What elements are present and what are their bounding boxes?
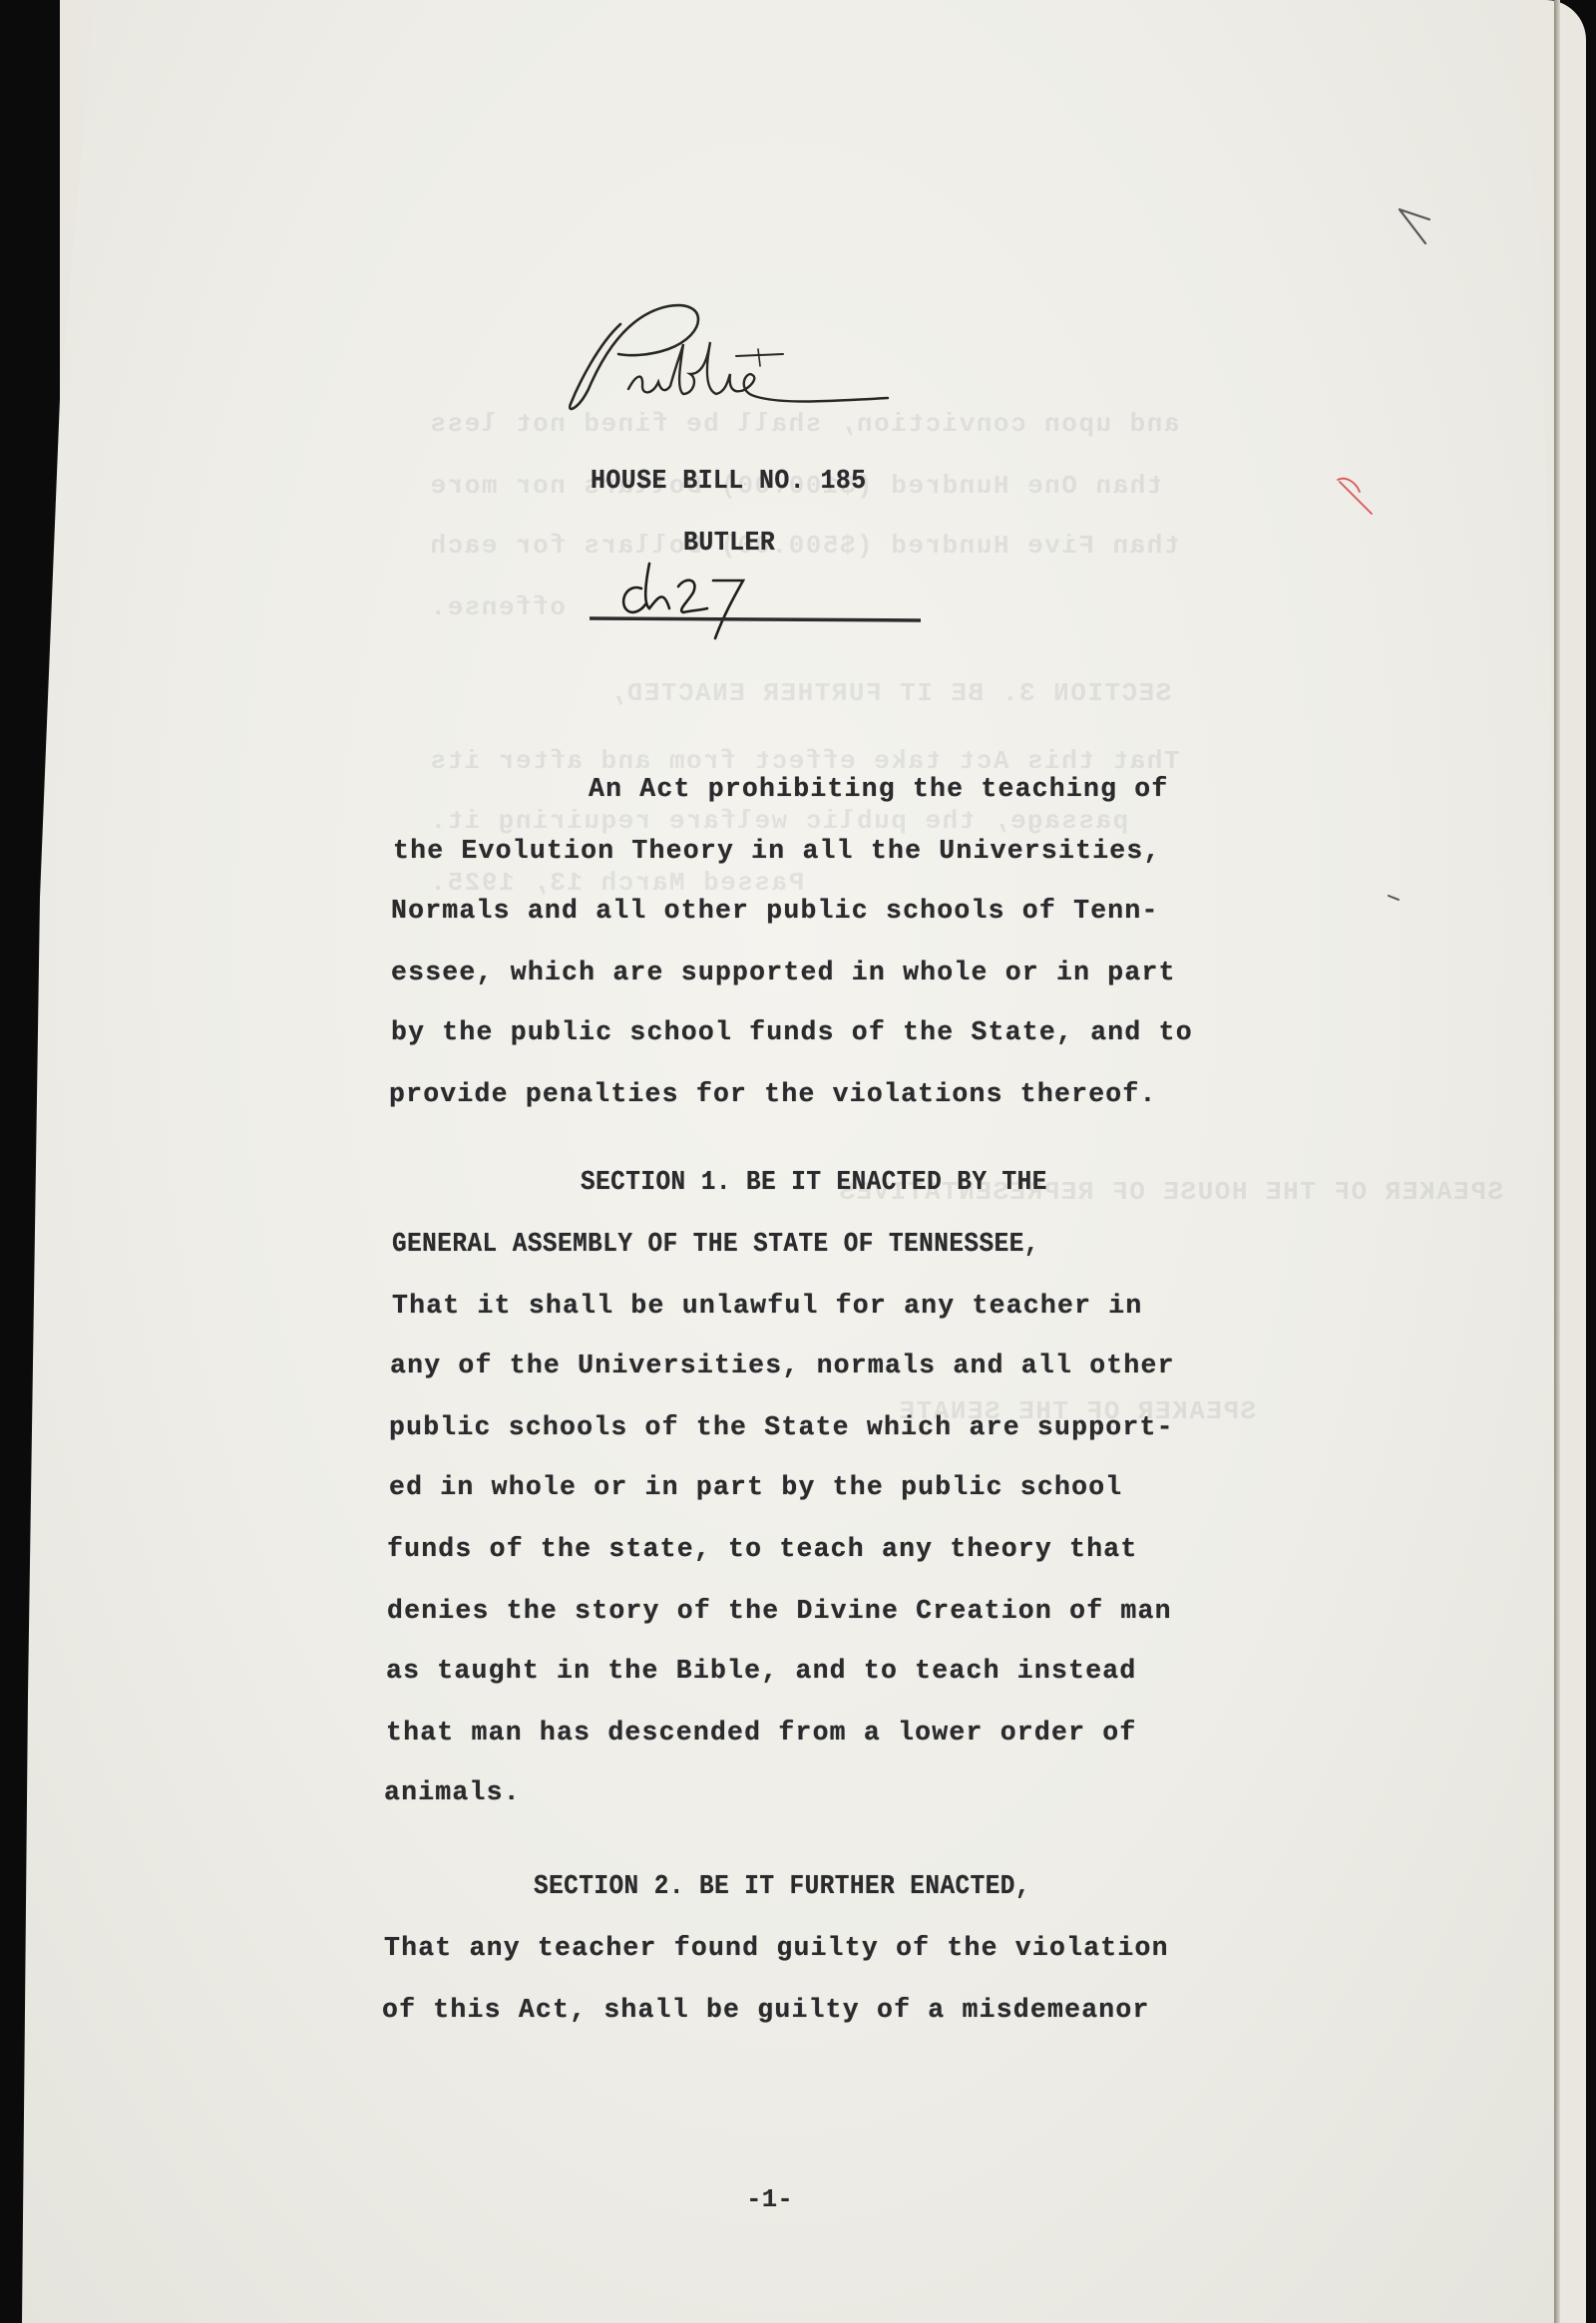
handwritten-chapter-annotation [584, 559, 933, 643]
bleed-through-line: Passed March 13, 1925. [429, 868, 804, 898]
section-1-line: that man has descended from a lower orde… [386, 1718, 1137, 1747]
section-1-line: GENERAL ASSEMBLY OF THE STATE OF TENNESS… [392, 1229, 1039, 1259]
document-page: and upon conviction, shall be fined not … [0, 0, 1556, 2323]
section-1-line: public schools of the State which are su… [389, 1412, 1174, 1442]
preamble-line: the Evolution Theory in all the Universi… [393, 836, 1161, 866]
preamble-line: essee, which are supported in whole or i… [391, 958, 1176, 987]
handwritten-public-annotation [559, 294, 908, 414]
page-number: -1- [746, 2184, 793, 2214]
preamble-line: by the public school funds of the State,… [391, 1017, 1193, 1047]
red-pencil-mark-icon [1332, 474, 1382, 524]
preamble-line: An Act prohibiting the teaching of [589, 774, 1169, 804]
bleed-through-line: SECTION 3. BE IT FURTHER ENACTED, [608, 678, 1171, 708]
section-1-line: funds of the state, to teach any theory … [387, 1534, 1138, 1564]
page-edge [1554, 0, 1560, 2323]
pencil-tick-icon [1385, 888, 1404, 908]
section-1-line: as taught in the Bible, and to teach ins… [386, 1656, 1137, 1686]
bill-sponsor: BUTLER [683, 529, 775, 559]
preamble-line: Normals and all other public schools of … [391, 896, 1159, 926]
section-2-heading: SECTION 2. BE IT FURTHER ENACTED, [534, 1871, 1030, 1901]
section-1-line: That it shall be unlawful for any teache… [392, 1291, 1143, 1321]
section-1-line: denies the story of the Divine Creation … [387, 1596, 1172, 1626]
bleed-through-line: than Five Hundred ($500.00) Dollars for … [429, 531, 1180, 561]
section-1-line: any of the Universities, normals and all… [390, 1351, 1175, 1380]
section-2-line: of this Act, shall be guilty of a misdem… [382, 1995, 1150, 2025]
section-1-heading: SECTION 1. BE IT ENACTED BY THE [581, 1167, 1047, 1197]
section-1-line: ed in whole or in part by the public sch… [389, 1472, 1122, 1502]
section-1-line: animals. [384, 1777, 521, 1807]
check-mark-icon [1392, 199, 1441, 249]
bill-number: HOUSE BILL NO. 185 [591, 467, 867, 497]
bleed-through-line: That this Act take effect from and after… [429, 746, 1180, 776]
preamble-line: provide penalties for the violations the… [389, 1079, 1157, 1109]
bleed-through-line: passage, the public welfare requiring it… [429, 806, 1128, 836]
section-2-line: That any teacher found guilty of the vio… [384, 1933, 1169, 1963]
bleed-through-line: offense. [429, 592, 566, 622]
